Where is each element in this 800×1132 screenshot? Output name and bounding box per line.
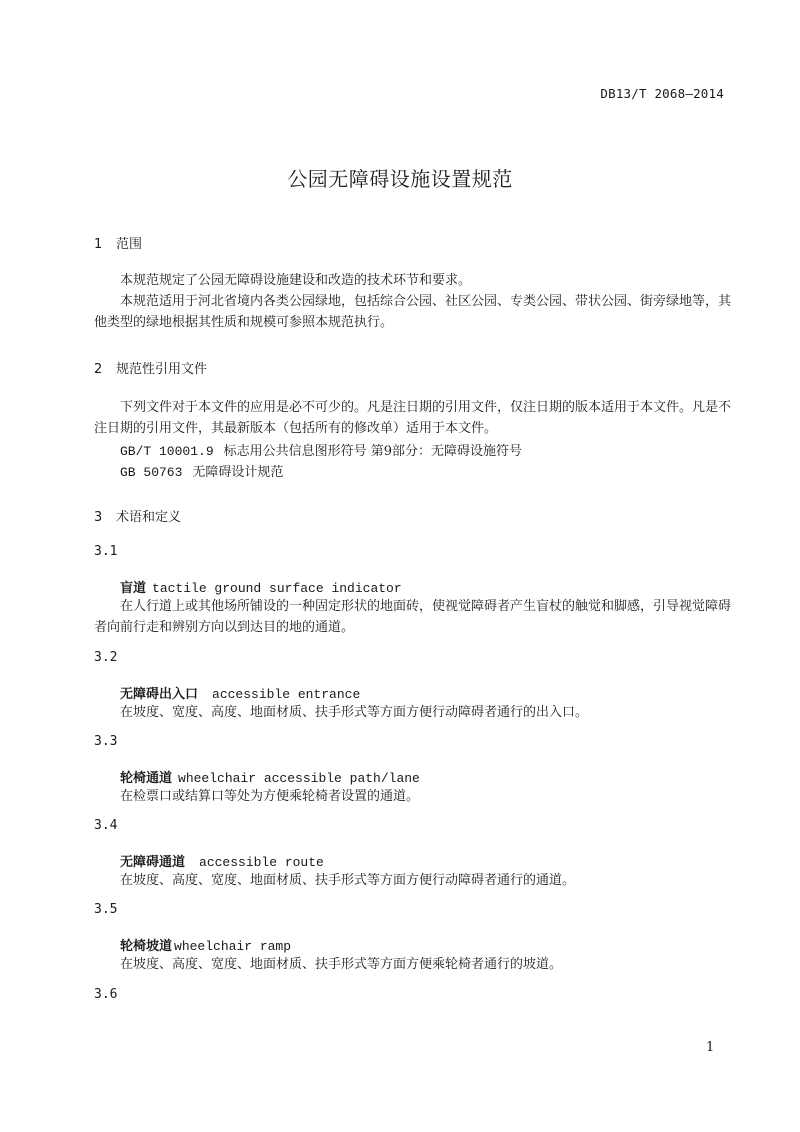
- term-number: 3.3: [94, 734, 117, 749]
- section-heading-terms: 3术语和定义: [94, 506, 181, 525]
- paragraph: 本规范适用于河北省境内各类公园绿地，包括综合公园、社区公园、专类公园、带状公园、…: [94, 291, 734, 333]
- section-title: 规范性引用文件: [116, 362, 207, 377]
- term-definition: 在坡度、高度、宽度、地面材质、扶手形式等方面方便行动障碍者通行的通道。: [94, 870, 734, 891]
- term-definition: 在检票口或结算口等处为方便乘轮椅者设置的通道。: [94, 786, 734, 807]
- term-name-zh: 轮椅通道: [120, 771, 172, 786]
- term-name-en: accessible entrance: [212, 687, 360, 702]
- term-name-zh: 盲道: [120, 581, 146, 596]
- document-title: 公园无障碍设施设置规范: [0, 163, 800, 192]
- term-definition: 在坡度、宽度、高度、地面材质、扶手形式等方面方便行动障碍者通行的出入口。: [94, 702, 734, 723]
- section-title: 术语和定义: [116, 510, 181, 525]
- term-number: 3.5: [94, 902, 117, 917]
- term-name: 轮椅坡道wheelchair ramp: [120, 935, 291, 954]
- reference-title: 无障碍设计规范: [192, 465, 283, 480]
- page-number: 1: [706, 1040, 714, 1055]
- term-number: 3.4: [94, 818, 117, 833]
- term-name-en: wheelchair accessible path/lane: [178, 771, 420, 786]
- term-name-zh: 无障碍出入口: [120, 687, 198, 702]
- term-name: 盲道tactile ground surface indicator: [120, 577, 402, 596]
- term-number: 3.2: [94, 650, 117, 665]
- term-name: 无障碍出入口accessible entrance: [120, 683, 360, 702]
- term-name-en: wheelchair ramp: [174, 939, 291, 954]
- section-heading-scope: 1范围: [94, 233, 142, 252]
- term-name: 轮椅通道wheelchair accessible path/lane: [120, 767, 420, 786]
- section-title: 范围: [116, 237, 142, 252]
- term-number: 3.1: [94, 544, 117, 559]
- section-number: 1: [94, 237, 116, 252]
- term-definition: 在人行道上或其他场所铺设的一种固定形状的地面砖，使视觉障碍者产生盲杖的触觉和脚感…: [94, 596, 734, 638]
- reference-title: 标志用公共信息图形符号 第9部分：无障碍设施符号: [224, 444, 522, 459]
- reference-code: GB/T 10001.9: [120, 444, 214, 459]
- term-name-en: accessible route: [199, 855, 324, 870]
- term-name-zh: 轮椅坡道: [120, 939, 172, 954]
- document-code: DB13/T 2068—2014: [600, 86, 724, 101]
- reference-item: GB/T 10001.9标志用公共信息图形符号 第9部分：无障碍设施符号: [120, 440, 522, 459]
- section-number: 2: [94, 362, 116, 377]
- paragraph: 本规范规定了公园无障碍设施建设和改造的技术环节和要求。: [94, 270, 734, 291]
- reference-code: GB 50763: [120, 465, 182, 480]
- reference-item: GB 50763无障碍设计规范: [120, 461, 283, 480]
- term-number: 3.6: [94, 987, 117, 1002]
- term-name: 无障碍通道accessible route: [120, 851, 324, 870]
- section-number: 3: [94, 510, 116, 525]
- term-name-zh: 无障碍通道: [120, 855, 185, 870]
- paragraph: 下列文件对于本文件的应用是必不可少的。凡是注日期的引用文件，仅注日期的版本适用于…: [94, 397, 734, 439]
- term-name-en: tactile ground surface indicator: [152, 581, 402, 596]
- section-heading-normative-references: 2规范性引用文件: [94, 358, 207, 377]
- term-definition: 在坡度、高度、宽度、地面材质、扶手形式等方面方便乘轮椅者通行的坡道。: [94, 954, 734, 975]
